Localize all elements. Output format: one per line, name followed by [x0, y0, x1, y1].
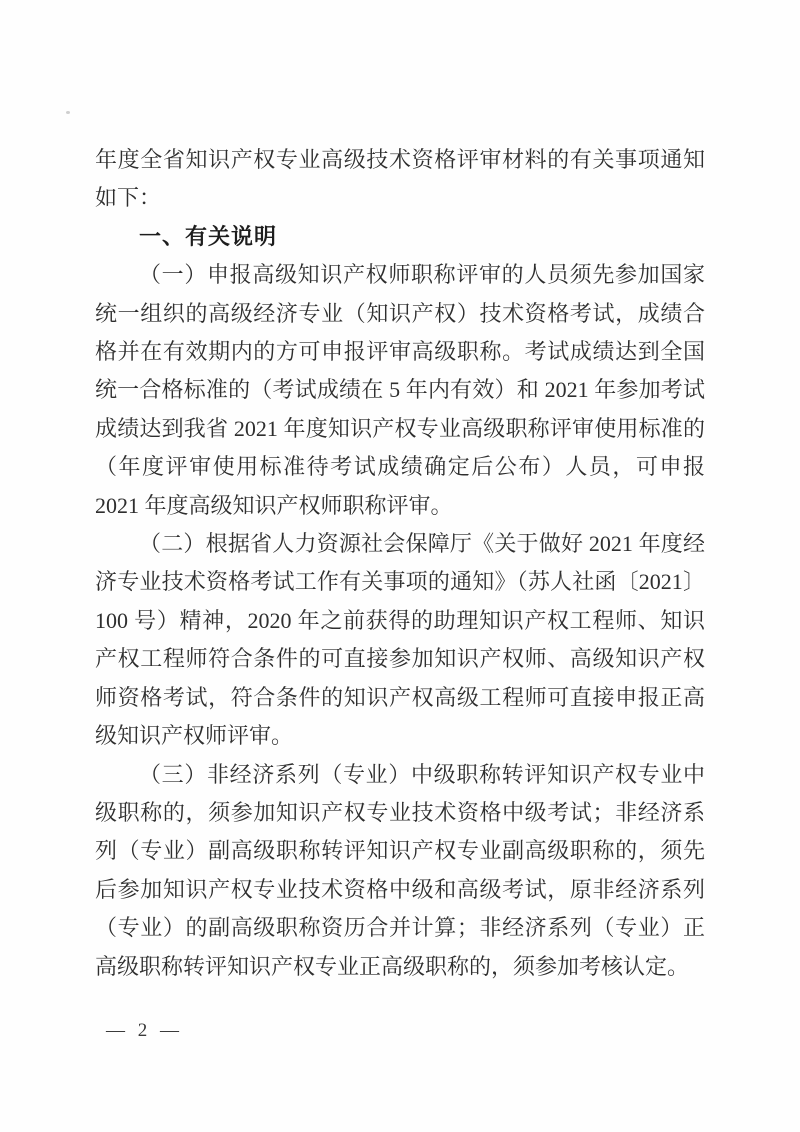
- document-body: 年度全省知识产权专业高级技术资格评审材料的有关事项通知如下： 一、有关说明 （一…: [95, 141, 705, 986]
- paragraph-three: （三）非经济系列（专业）中级职称转评知识产权专业中级职称的，须参加知识产权专业技…: [95, 756, 705, 986]
- page-number: — 2 —: [106, 1020, 183, 1042]
- continuation-text: 年度全省知识产权专业高级技术资格评审材料的有关事项通知如下：: [95, 141, 705, 218]
- document-page: 年度全省知识产权专业高级技术资格评审材料的有关事项通知如下： 一、有关说明 （一…: [0, 0, 800, 1132]
- section-heading: 一、有关说明: [95, 218, 705, 256]
- paragraph-two: （二）根据省人力资源社会保障厅《关于做好 2021 年度经济专业技术资格考试工作…: [95, 525, 705, 755]
- paragraph-one: （一）申报高级知识产权师职称评审的人员须先参加国家统一组织的高级经济专业（知识产…: [95, 256, 705, 525]
- scan-speck: [66, 111, 70, 114]
